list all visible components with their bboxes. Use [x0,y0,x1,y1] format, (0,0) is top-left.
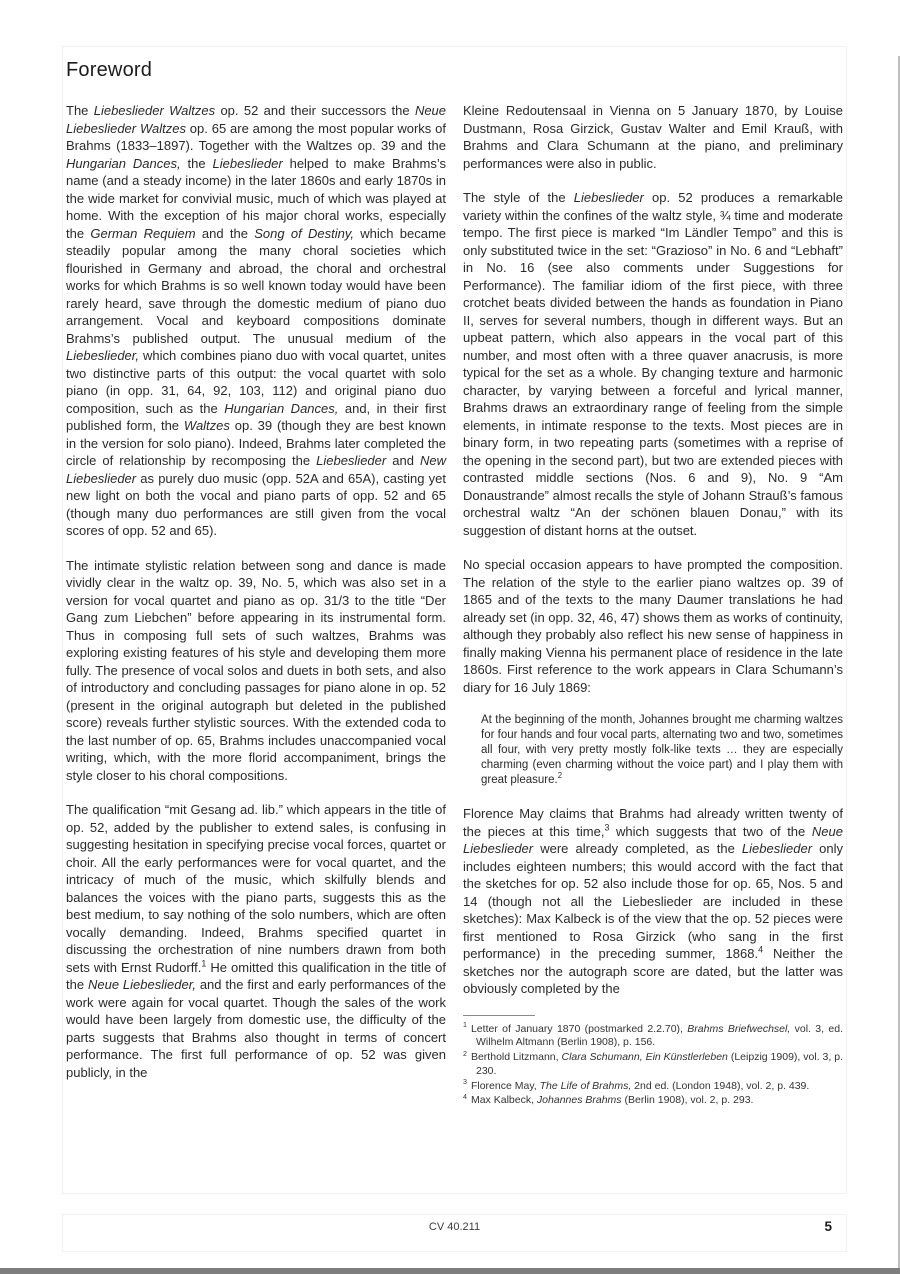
paragraph: The intimate stylistic relation between … [66,557,446,785]
footnote: 2Berthold Litzmann, Clara Schumann, Ein … [463,1051,843,1079]
paragraph: The Liebeslieder Waltzes op. 52 and thei… [66,102,446,540]
paragraph-group: The Liebeslieder Waltzes op. 52 and thei… [66,102,446,1081]
block-quote: At the beginning of the month, Johannes … [481,713,843,788]
right-column: Kleine Redoutensaal in Vienna on 5 Janua… [463,102,843,1109]
footnote: 3Florence May, The Life of Brahms, 2nd e… [463,1080,843,1094]
paragraph: The style of the Liebeslieder op. 52 pro… [463,189,843,539]
page-number: 5 [824,1219,832,1234]
footnotes: 1Letter of January 1870 (postmarked 2.2.… [463,1023,843,1109]
catalog-number: CV 40.211 [63,1221,846,1233]
footnote: 1Letter of January 1870 (postmarked 2.2.… [463,1023,843,1051]
paragraph: Kleine Redoutensaal in Vienna on 5 Janua… [463,102,843,172]
two-column-text: The Liebeslieder Waltzes op. 52 and thei… [66,102,843,1109]
paragraph: The qualification “mit Gesang ad. lib.” … [66,801,446,1081]
paragraph-group: Kleine Redoutensaal in Vienna on 5 Janua… [463,102,843,696]
footnote: 4Max Kalbeck, Johannes Brahms (Berlin 19… [463,1094,843,1108]
paragraph: No special occasion appears to have prom… [463,556,843,696]
footnote-rule [463,1015,535,1016]
scan-edge-bottom [0,1268,900,1274]
page-footer: CV 40.211 5 [62,1214,847,1252]
left-column: The Liebeslieder Waltzes op. 52 and thei… [66,102,446,1109]
page-title: Foreword [66,59,843,82]
paragraph: Florence May claims that Brahms had alre… [463,805,843,998]
paragraph-group: Florence May claims that Brahms had alre… [463,805,843,998]
page-content-frame: Foreword The Liebeslieder Waltzes op. 52… [62,46,847,1194]
